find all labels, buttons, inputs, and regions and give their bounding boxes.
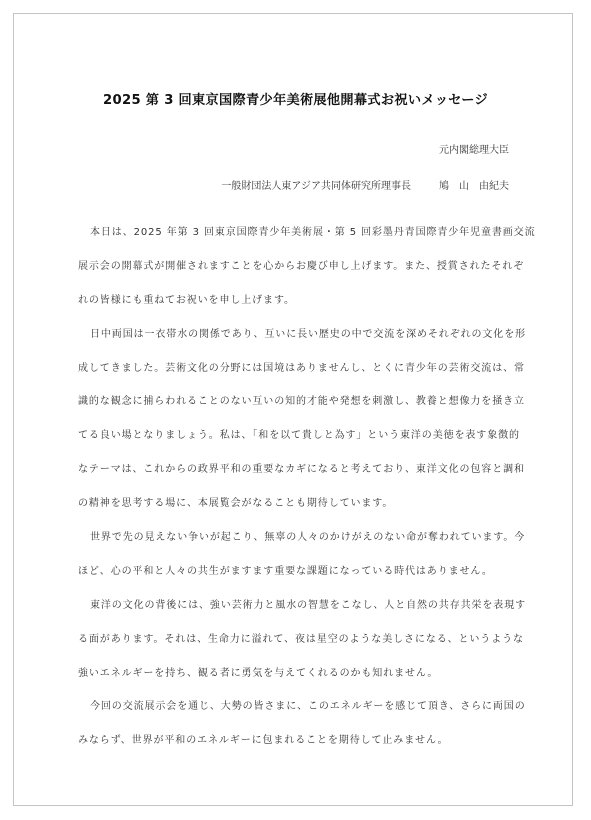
body-line: 展示会の開幕式が開催されますことを心からお慶び申し上げます。また、授賞されたそれ…	[78, 258, 511, 292]
body-line: 成してきました。芸術文化の分野には国境はありませんし、とくに青少年の芸術交流は、…	[78, 360, 511, 394]
document-title: 2025 第 3 回東京国際青少年美術展他開幕式お祝いメッセージ	[0, 89, 591, 108]
body-line: ほど、心の平和と人々の共生がますます重要な課題になっている時代はありません。	[78, 563, 511, 597]
message-body: 本日は、2025 年第 3 回東京国際青少年美術展・第 5 回彩墨丹青国際青少年…	[78, 224, 511, 766]
body-line: れの皆様にも重ねてお祝いを申し上げます。	[78, 292, 511, 326]
author-name: 鳩 山 由紀夫	[439, 181, 509, 192]
body-line: 東洋の文化の背後には、強い芸術力と風水の智慧をこなし、人と自然の共存共栄を表現す	[78, 597, 511, 631]
body-line: みならず、世界が平和のエネルギーに包まれることを期待して止みません。	[78, 732, 511, 766]
body-line: る面があります。それは、生命力に溢れて、夜は星空のような美しさになる、というよう…	[78, 631, 511, 665]
body-line: 識的な観念に捕らわれることのない互いの知的才能や発想を刺激し、教養と想像力を掻き…	[78, 393, 511, 427]
body-line: 今回の交流展示会を通じ、大勢の皆さまに、このエネルギーを感じて頂き、さらに両国の	[78, 698, 511, 732]
body-line: 強いエネルギーを持ち、観る者に勇気を与えてくれるのかも知れません。	[78, 665, 511, 699]
body-line: 世界で先の見えない争いが起こり、無辜の人々のかけがえのない命が奪われています。今	[78, 529, 511, 563]
sender-title: 元内閣総理大臣	[439, 141, 509, 156]
body-line: なテーマは、これからの政界平和の重要なカギになると考えており、東洋文化の包容と調…	[78, 461, 511, 495]
signature-line: 一般財団法人東アジア共同体研究所理事長鳩 山 由紀夫	[221, 177, 509, 192]
body-line: 本日は、2025 年第 3 回東京国際青少年美術展・第 5 回彩墨丹青国際青少年…	[78, 224, 511, 258]
body-line: の精神を思考する場に、本展覧会がなることも期待しています。	[78, 495, 511, 529]
body-line: 日中両国は一衣帯水の関係であり、互いに長い歴史の中で交流を深めそれぞれの文化を形	[78, 326, 511, 360]
organization-name: 一般財団法人東アジア共同体研究所理事長	[221, 181, 411, 192]
body-line: てる良い場となりましょう。私は、「和を以て貴しと為す」という東洋の美徳を表す象徴…	[78, 427, 511, 461]
